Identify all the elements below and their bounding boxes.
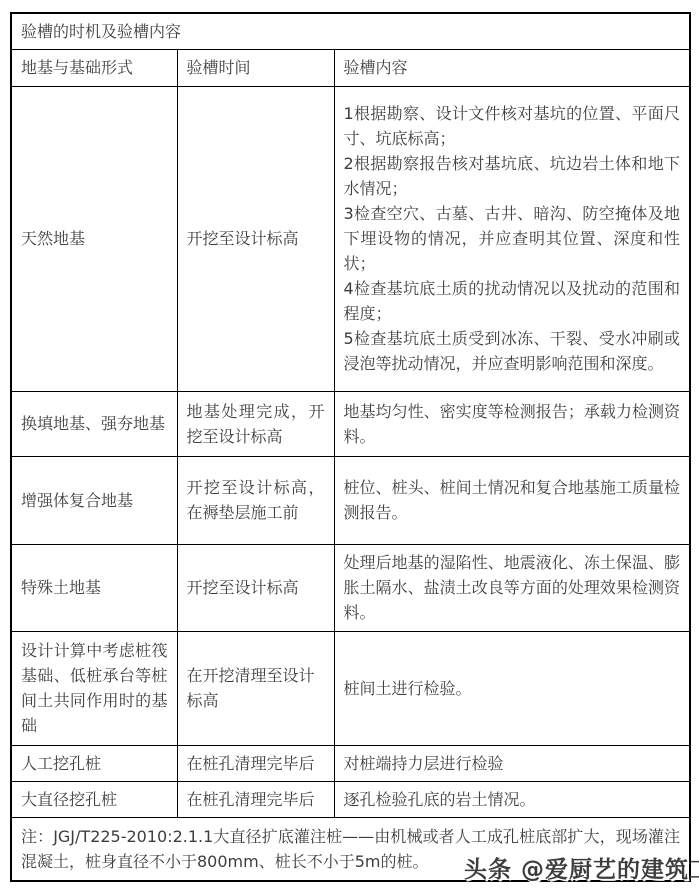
cell-foundation-form: 换填地基、强夯地基 — [11, 391, 177, 456]
trench-inspection-table: 验槽的时机及验槽内容 地基与基础形式 验槽时间 验槽内容 天然地基 开挖至设计标… — [10, 12, 691, 882]
cell-inspection-content: 桩位、桩头、桩间土情况和复合地基施工质量检测报告。 — [334, 456, 690, 544]
table-row: 设计计算中考虑桩筏基础、低桩承台等桩间土共同作用时的基础 在开挖清理至设计标高 … — [11, 631, 690, 745]
cell-inspection-time: 开挖至设计标高 — [177, 86, 334, 391]
cell-inspection-time: 在桩孔清理完毕后 — [177, 781, 334, 817]
cell-inspection-content: 对桩端持力层进行检验 — [334, 745, 690, 781]
cell-inspection-time: 开挖至设计标高 — [177, 544, 334, 631]
cell-inspection-time: 在开挖清理至设计标高 — [177, 631, 334, 745]
cell-foundation-form: 增强体复合地基 — [11, 456, 177, 544]
cell-foundation-form: 大直径挖孔桩 — [11, 781, 177, 817]
column-header-time: 验槽时间 — [177, 49, 334, 86]
cell-foundation-form: 特殊土地基 — [11, 544, 177, 631]
table-row: 特殊土地基 开挖至设计标高 处理后地基的湿陷性、地震液化、冻土保温、膨胀土隔水、… — [11, 544, 690, 631]
cell-inspection-content: 处理后地基的湿陷性、地震液化、冻土保温、膨胀土隔水、盐渍土改良等方面的处理效果检… — [334, 544, 690, 631]
cell-inspection-content: 桩间土进行检验。 — [334, 631, 690, 745]
cell-foundation-form: 天然地基 — [11, 86, 177, 391]
table-row: 人工挖孔桩 在桩孔清理完毕后 对桩端持力层进行检验 — [11, 745, 690, 781]
cell-foundation-form: 人工挖孔桩 — [11, 745, 177, 781]
content-item: 1根据勘察、设计文件核对基坑的位置、平面尺寸、坑底标高； — [344, 101, 681, 151]
cell-inspection-content: 逐孔检验孔底的岩土情况。 — [334, 781, 690, 817]
column-header-form: 地基与基础形式 — [11, 49, 177, 86]
content-item: 2根据勘察报告核对基坑底、坑边岩土体和地下水情况； — [344, 151, 681, 201]
content-item: 4检查基坑底土质的扰动情况以及扰动的范围和程度； — [344, 276, 681, 326]
table-title-row: 验槽的时机及验槽内容 — [11, 13, 690, 49]
cell-inspection-content: 地基均匀性、密实度等检测报告；承载力检测资料。 — [334, 391, 690, 456]
content-item: 3检查空穴、古墓、古井、暗沟、防空掩体及地下埋设物的情况，并应查明其位置、深度和… — [344, 201, 681, 276]
watermark: 头条 @爱厨艺的建筑工程师 — [464, 851, 699, 884]
table-row: 换填地基、强夯地基 地基处理完成，开挖至设计标高 地基均匀性、密实度等检测报告；… — [11, 391, 690, 456]
content-item: 5检查基坑底土质受到冰冻、干裂、受水冲刷或浸泡等扰动情况，并应查明影响范围和深度… — [344, 326, 681, 376]
cell-foundation-form: 设计计算中考虑桩筏基础、低桩承台等桩间土共同作用时的基础 — [11, 631, 177, 745]
cell-inspection-time: 开挖至设计标高，在褥垫层施工前 — [177, 456, 334, 544]
table-row: 天然地基 开挖至设计标高 1根据勘察、设计文件核对基坑的位置、平面尺寸、坑底标高… — [11, 86, 690, 391]
cell-inspection-time: 在桩孔清理完毕后 — [177, 745, 334, 781]
table-row: 增强体复合地基 开挖至设计标高，在褥垫层施工前 桩位、桩头、桩间土情况和复合地基… — [11, 456, 690, 544]
table-row: 大直径挖孔桩 在桩孔清理完毕后 逐孔检验孔底的岩土情况。 — [11, 781, 690, 817]
cell-inspection-time: 地基处理完成，开挖至设计标高 — [177, 391, 334, 456]
cell-inspection-content: 1根据勘察、设计文件核对基坑的位置、平面尺寸、坑底标高； 2根据勘察报告核对基坑… — [334, 86, 690, 391]
page: 验槽的时机及验槽内容 地基与基础形式 验槽时间 验槽内容 天然地基 开挖至设计标… — [0, 0, 699, 889]
table-header-row: 地基与基础形式 验槽时间 验槽内容 — [11, 49, 690, 86]
column-header-content: 验槽内容 — [334, 49, 690, 86]
table-title: 验槽的时机及验槽内容 — [11, 13, 690, 49]
